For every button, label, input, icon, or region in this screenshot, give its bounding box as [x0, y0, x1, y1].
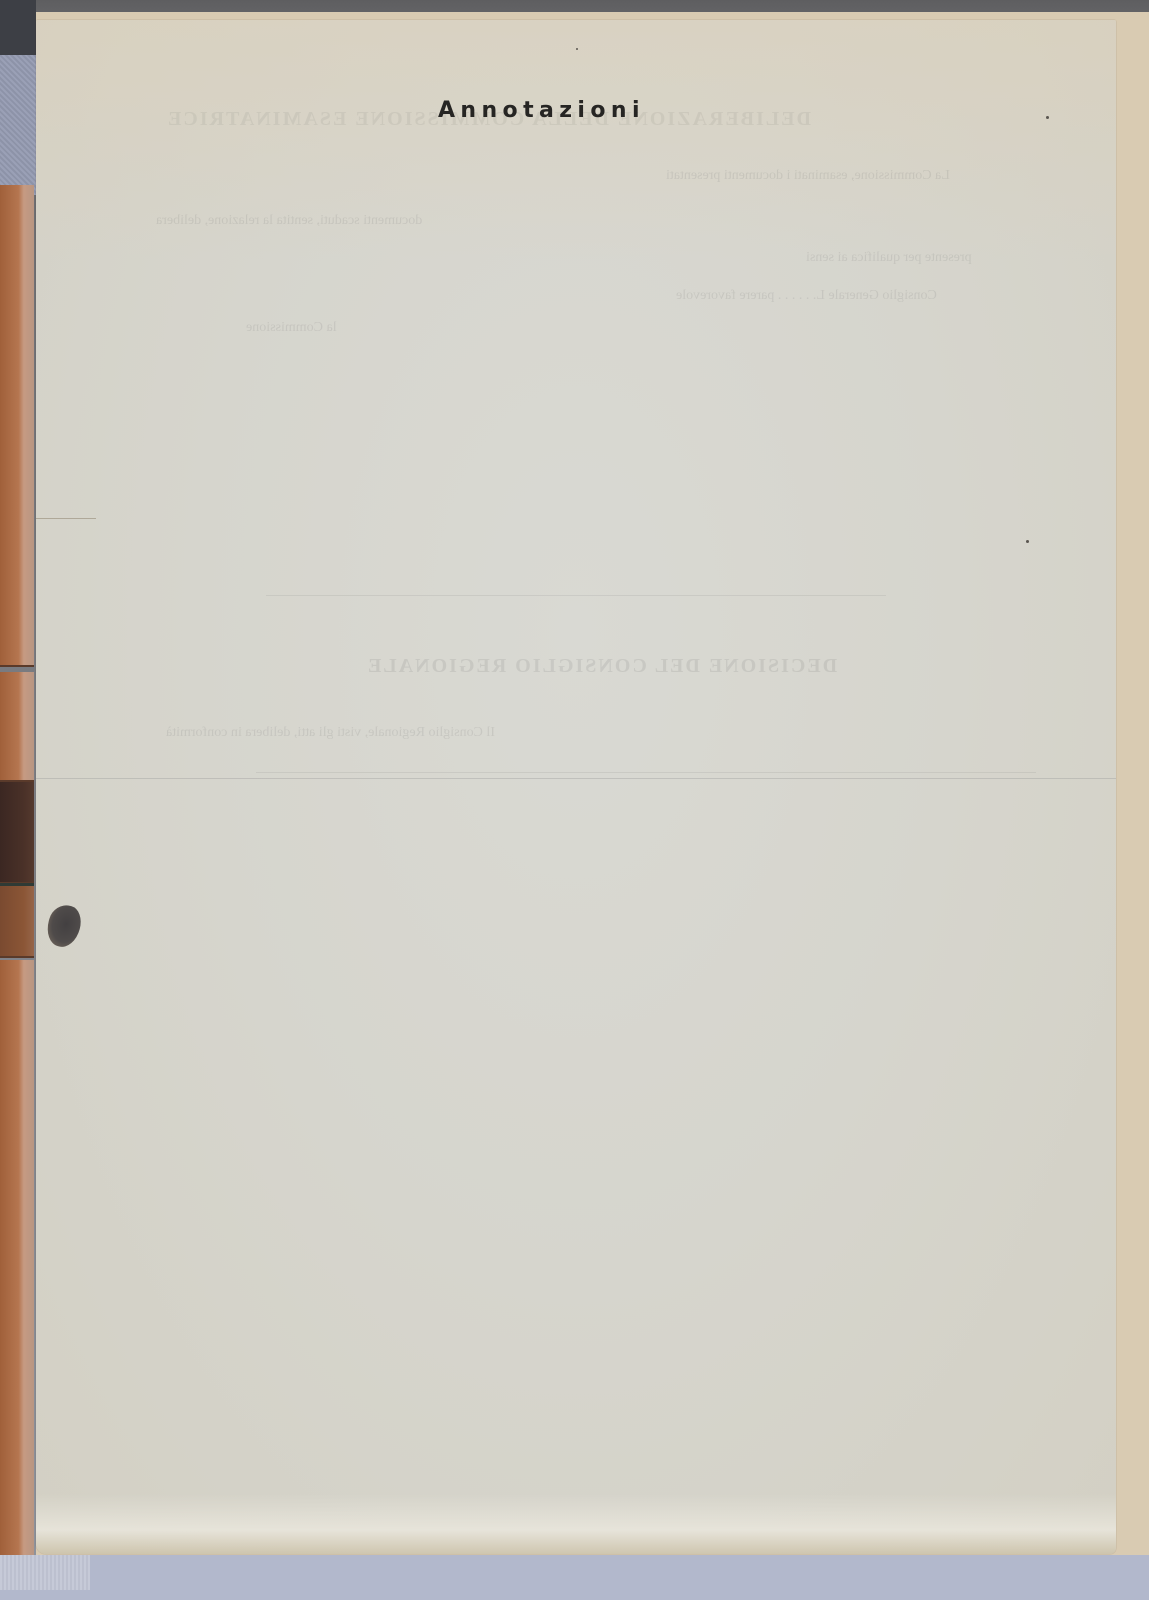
paper-stain-bottom [36, 1494, 1116, 1554]
paper-speck [1046, 116, 1049, 119]
bleed-through-line: Consiglio Generale L. . . . . . parere f… [676, 288, 937, 304]
bleed-through-line: documenti scaduti, sentita la relazione,… [156, 213, 422, 229]
book-spine-strip [0, 672, 34, 782]
paper-speck [576, 48, 578, 50]
bottom-tape [0, 1555, 90, 1590]
bleed-through-line: presente per qualifica ai sensi [806, 250, 972, 266]
bleed-through-title: DECISIONE DEL CONSIGLIO REGIONALE [366, 655, 837, 678]
page-heading: Annotazioni [438, 98, 645, 123]
book-spine-strip [0, 185, 34, 667]
book-spine-strip [0, 886, 34, 958]
background-dark-corner [0, 0, 36, 58]
bleed-through-line: Il Consiglio Regionale, visti gli atti, … [166, 725, 495, 741]
edge-tear [36, 518, 96, 519]
bottom-cloth [0, 1555, 1149, 1600]
book-spine-strip-dark [0, 782, 34, 884]
scan-scene: DELIBERAZIONE DELLA COMMISSIONE ESAMINAT… [0, 0, 1149, 1600]
bleed-through-line: la Commissione [246, 320, 337, 336]
woven-tape-top [0, 55, 36, 195]
bleed-through-rule [256, 772, 1036, 773]
paper-speck [1026, 540, 1029, 543]
bleed-through-rule [266, 595, 886, 596]
fold-crease [36, 778, 1116, 779]
book-spine-strip [0, 960, 34, 1557]
bleed-through-line: La Commissione, esaminati i documenti pr… [666, 168, 950, 184]
document-page: DELIBERAZIONE DELLA COMMISSIONE ESAMINAT… [36, 20, 1116, 1554]
